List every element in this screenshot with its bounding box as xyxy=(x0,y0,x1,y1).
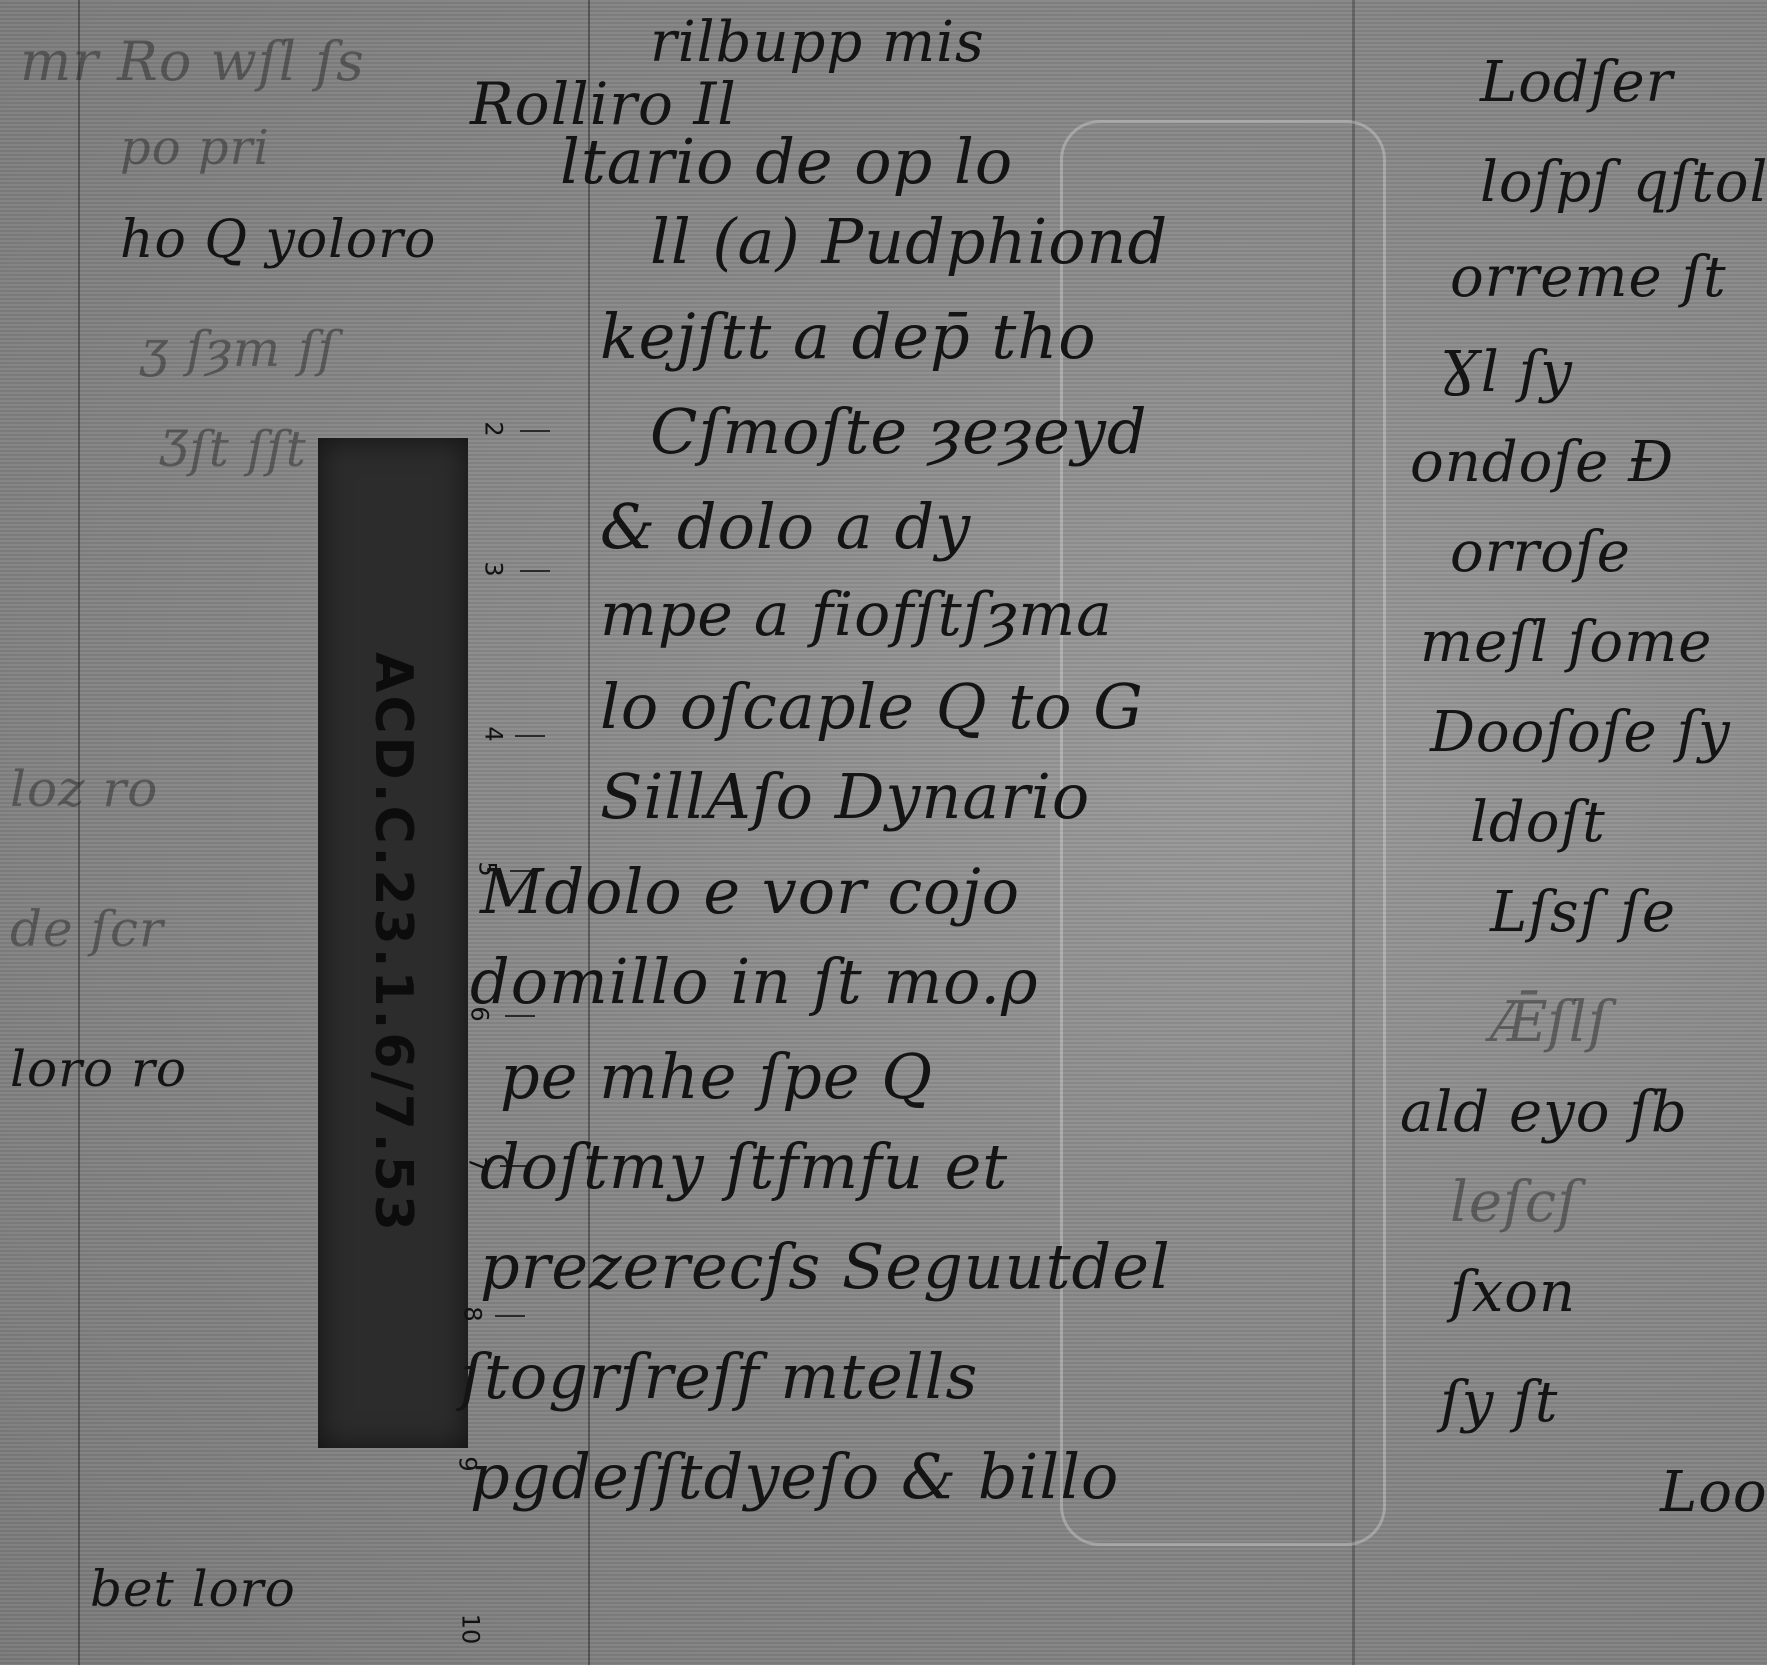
manuscript-page: mr Ro wſl ſs po pri ho Q yoloro ʒ ſȝm ſſ… xyxy=(0,0,1767,1665)
text-line: lo oſcaple Q to G xyxy=(600,670,1144,743)
text-line: pe mhe ſpe Q xyxy=(500,1040,933,1113)
text-line: Cſmoſte ȝeȝeyd xyxy=(650,395,1148,468)
text-line: orroſe xyxy=(1450,520,1631,585)
margin-ruling-center xyxy=(588,0,590,1665)
text-line: de ſcr xyxy=(10,900,164,958)
text-line: Dooſoſe ſy xyxy=(1430,700,1731,765)
text-line: prezerecſs Seguutdel xyxy=(480,1230,1171,1303)
text-line: loſpſ qſtol xyxy=(1480,150,1767,215)
text-line: domillo in ſt mo.ρ xyxy=(470,945,1039,1018)
ruler-tick xyxy=(515,735,545,737)
text-line: Ʒſt ſſt xyxy=(160,420,307,478)
ruler-number: 8 xyxy=(459,1306,487,1321)
text-line: ldoſt xyxy=(1470,790,1606,855)
shelfmark-label: ACD.C.23.1.6/7.53 xyxy=(363,652,423,1234)
text-line: meſl ſome xyxy=(1420,610,1712,675)
ruler-tick xyxy=(520,430,550,432)
ruler-number: 4 xyxy=(480,726,508,741)
text-line: kejſtt a dep̄ tho xyxy=(600,300,1097,373)
watermark xyxy=(1060,120,1386,1546)
text-line: doſtmy ſtfmfu et xyxy=(480,1130,1008,1203)
label-strip: ACD.C.23.1.6/7.53 xyxy=(318,438,468,1448)
text-line: Mdolo e vor cojo xyxy=(480,855,1020,928)
text-line: mpe a fiofſtſȝma xyxy=(600,580,1113,650)
text-line: ſxon xyxy=(1450,1260,1576,1325)
text-line: Lſsſ ſe xyxy=(1490,880,1676,945)
text-line: ald eyo ſb xyxy=(1400,1080,1688,1145)
text-line: ſtogrſreſf mtells xyxy=(460,1340,978,1413)
text-line: Lodſer xyxy=(1480,50,1673,115)
ruler-number: 3 xyxy=(480,561,508,576)
margin-ruling-left xyxy=(78,0,80,1665)
text-line: pgdeſſtdyeſo & billo xyxy=(470,1440,1119,1513)
text-line: loro ro xyxy=(10,1040,187,1098)
text-line: ho Q yoloro xyxy=(120,210,436,270)
text-line: ll (a) Pudphiond xyxy=(650,205,1168,278)
ruler-number: 2 xyxy=(480,421,508,436)
text-line: bet loro xyxy=(90,1560,296,1618)
text-line: orreme ſt xyxy=(1450,245,1727,310)
text-line: ltario de op lo xyxy=(560,125,1013,198)
ruler-number: 10 xyxy=(456,1614,484,1645)
text-line: ſy ſt xyxy=(1440,1370,1558,1435)
ruler-tick xyxy=(520,570,550,572)
text-line: SillAſo Dynario xyxy=(600,760,1090,833)
text-line: ʒ ſȝm ſſ xyxy=(140,320,337,378)
text-line: mr Ro wſl ſs xyxy=(20,30,365,93)
text-line: rilbupp mis xyxy=(650,10,985,75)
ruler-tick xyxy=(495,1315,525,1317)
text-line: Ɣl ſy xyxy=(1440,340,1573,405)
text-line: Loo xyxy=(1660,1460,1767,1525)
text-line: po pri xyxy=(120,120,270,176)
text-line: & dolo a dy xyxy=(600,490,971,563)
text-line: leſcſ xyxy=(1450,1170,1579,1235)
text-line: ondoſe Ð xyxy=(1410,430,1674,495)
text-line: loz ro xyxy=(10,760,158,818)
text-line: Ǣſlſ xyxy=(1490,990,1609,1055)
